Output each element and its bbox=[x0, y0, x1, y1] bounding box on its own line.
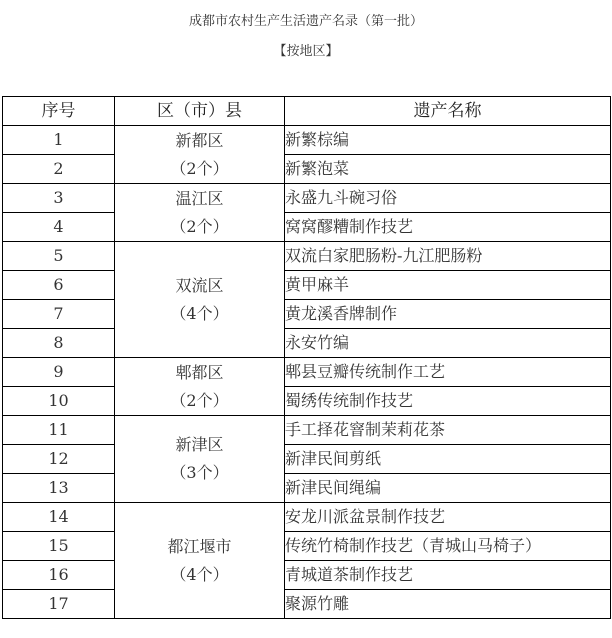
row-index: 11 bbox=[3, 416, 115, 445]
heritage-name: 黄龙溪香牌制作 bbox=[285, 300, 611, 329]
heritage-name: 窝窝醪糟制作技艺 bbox=[285, 213, 611, 242]
header-heritage-name: 遗产名称 bbox=[285, 97, 611, 126]
district-count: （2个） bbox=[115, 155, 284, 183]
row-index: 12 bbox=[3, 445, 115, 474]
table-row: 11 新津区 （3个） 手工择花窨制茉莉花茶 bbox=[3, 416, 611, 445]
row-index: 4 bbox=[3, 213, 115, 242]
row-index: 13 bbox=[3, 474, 115, 503]
heritage-name: 安龙川派盆景制作技艺 bbox=[285, 503, 611, 532]
row-index: 7 bbox=[3, 300, 115, 329]
row-index: 14 bbox=[3, 503, 115, 532]
district-cell: 温江区 （2个） bbox=[115, 184, 285, 242]
table-row: 12 新津民间剪纸 bbox=[3, 445, 611, 474]
district-count: （4个） bbox=[115, 561, 284, 589]
table-row: 5 双流区 （4个） 双流白家肥肠粉-九江肥肠粉 bbox=[3, 242, 611, 271]
table-row: 9 郫都区 （2个） 郫县豆瓣传统制作工艺 bbox=[3, 358, 611, 387]
table-row: 14 都江堰市 （4个） 安龙川派盆景制作技艺 bbox=[3, 503, 611, 532]
document-subtitle: 【按地区】 bbox=[0, 42, 612, 62]
heritage-table: 序号 区（市）县 遗产名称 1 新都区 （2个） 新繁棕编 2 新繁泡菜 3 温… bbox=[2, 96, 611, 619]
heritage-name: 聚源竹雕 bbox=[285, 590, 611, 619]
district-name: 温江区 bbox=[115, 185, 284, 213]
district-count: （3个） bbox=[115, 459, 284, 487]
district-cell: 双流区 （4个） bbox=[115, 242, 285, 358]
row-index: 16 bbox=[3, 561, 115, 590]
district-name: 郫都区 bbox=[115, 359, 284, 387]
table-header-row: 序号 区（市）县 遗产名称 bbox=[3, 97, 611, 126]
row-index: 17 bbox=[3, 590, 115, 619]
heritage-name: 传统竹椅制作技艺（青城山马椅子） bbox=[285, 532, 611, 561]
district-count: （2个） bbox=[115, 213, 284, 241]
row-index: 8 bbox=[3, 329, 115, 358]
table-row: 6 黄甲麻羊 bbox=[3, 271, 611, 300]
heritage-name: 新繁棕编 bbox=[285, 126, 611, 155]
heritage-name: 双流白家肥肠粉-九江肥肠粉 bbox=[285, 242, 611, 271]
header-index: 序号 bbox=[3, 97, 115, 126]
heritage-name: 蜀绣传统制作技艺 bbox=[285, 387, 611, 416]
row-index: 15 bbox=[3, 532, 115, 561]
district-cell: 都江堰市 （4个） bbox=[115, 503, 285, 619]
table-row: 7 黄龙溪香牌制作 bbox=[3, 300, 611, 329]
header-district: 区（市）县 bbox=[115, 97, 285, 126]
row-index: 2 bbox=[3, 155, 115, 184]
row-index: 1 bbox=[3, 126, 115, 155]
row-index: 9 bbox=[3, 358, 115, 387]
table-row: 8 永安竹编 bbox=[3, 329, 611, 358]
table-row: 13 新津民间绳编 bbox=[3, 474, 611, 503]
table-row: 2 新繁泡菜 bbox=[3, 155, 611, 184]
row-index: 6 bbox=[3, 271, 115, 300]
heritage-name: 永盛九斗碗习俗 bbox=[285, 184, 611, 213]
district-cell: 郫都区 （2个） bbox=[115, 358, 285, 416]
district-name: 新津区 bbox=[115, 431, 284, 459]
row-index: 5 bbox=[3, 242, 115, 271]
heritage-name: 新繁泡菜 bbox=[285, 155, 611, 184]
table-row: 10 蜀绣传统制作技艺 bbox=[3, 387, 611, 416]
table-row: 3 温江区 （2个） 永盛九斗碗习俗 bbox=[3, 184, 611, 213]
row-index: 10 bbox=[3, 387, 115, 416]
heritage-name: 郫县豆瓣传统制作工艺 bbox=[285, 358, 611, 387]
district-count: （2个） bbox=[115, 387, 284, 415]
district-count: （4个） bbox=[115, 300, 284, 328]
heritage-name: 永安竹编 bbox=[285, 329, 611, 358]
district-name: 都江堰市 bbox=[115, 533, 284, 561]
district-cell: 新都区 （2个） bbox=[115, 126, 285, 184]
table-row: 15 传统竹椅制作技艺（青城山马椅子） bbox=[3, 532, 611, 561]
row-index: 3 bbox=[3, 184, 115, 213]
table-row: 16 青城道茶制作技艺 bbox=[3, 561, 611, 590]
heritage-name: 黄甲麻羊 bbox=[285, 271, 611, 300]
document-title: 成都市农村生产生活遗产名录（第一批） bbox=[0, 12, 612, 32]
table-row: 17 聚源竹雕 bbox=[3, 590, 611, 619]
heritage-name: 手工择花窨制茉莉花茶 bbox=[285, 416, 611, 445]
district-name: 新都区 bbox=[115, 127, 284, 155]
table-row: 1 新都区 （2个） 新繁棕编 bbox=[3, 126, 611, 155]
district-name: 双流区 bbox=[115, 272, 284, 300]
heritage-name: 新津民间剪纸 bbox=[285, 445, 611, 474]
heritage-name: 新津民间绳编 bbox=[285, 474, 611, 503]
district-cell: 新津区 （3个） bbox=[115, 416, 285, 503]
heritage-name: 青城道茶制作技艺 bbox=[285, 561, 611, 590]
table-row: 4 窝窝醪糟制作技艺 bbox=[3, 213, 611, 242]
